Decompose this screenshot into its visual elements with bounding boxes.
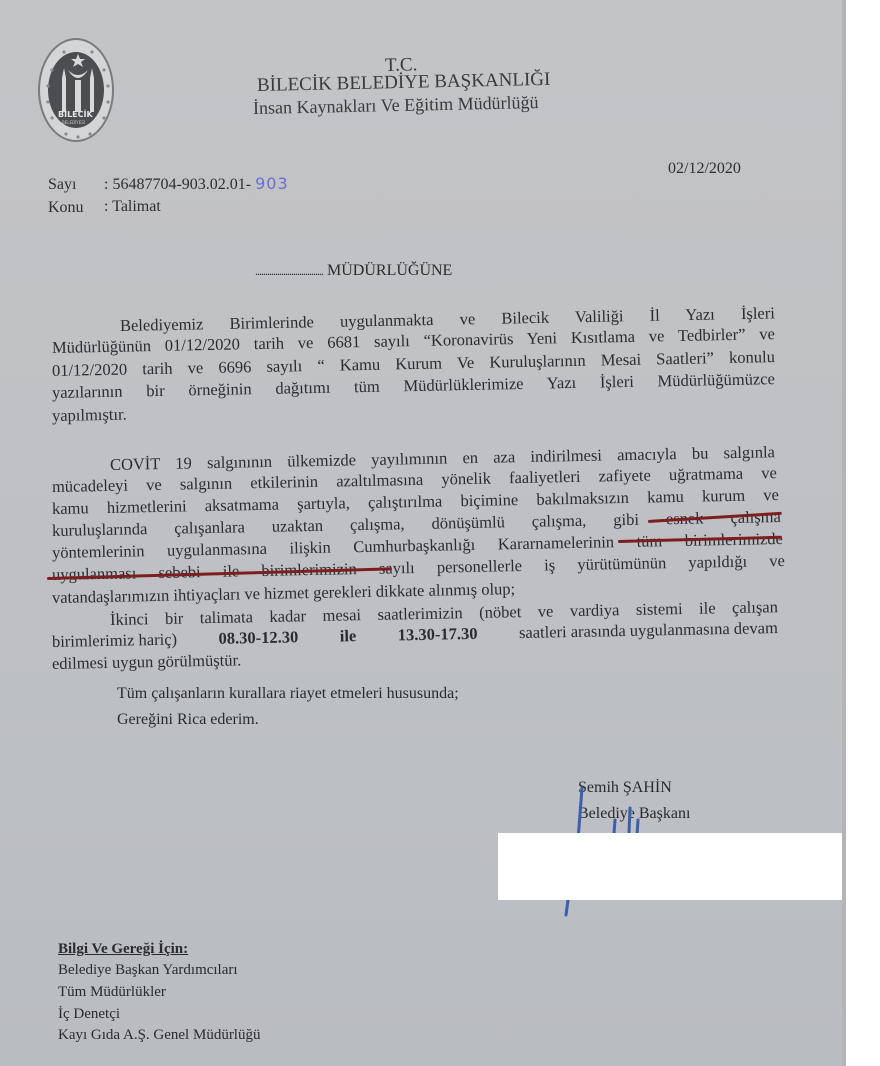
- municipality-logo: BİLECİK BELEDİYESİ: [38, 38, 114, 142]
- morning-hours: 08.30-12.30: [218, 627, 298, 649]
- redaction-box: [498, 833, 846, 900]
- paragraph-1-line: yapılmıştır.: [52, 405, 127, 426]
- addressee: .................................. MÜDÜR…: [255, 262, 452, 280]
- addressee-dots: ..................................: [255, 264, 323, 278]
- sayi-label: Sayı: [48, 176, 76, 194]
- document-date: 02/12/2020: [668, 160, 741, 178]
- konu-label: Konu: [48, 199, 84, 217]
- sayi-number: : 56487704-903.02.01-: [104, 176, 251, 193]
- sayi-value: : 56487704-903.02.01- 903: [104, 174, 289, 194]
- distribution-title: Bilgi Ve Gereği İçin:: [58, 941, 188, 958]
- logo-minarets-icon: [40, 40, 116, 144]
- distribution-item: İç Denetçi: [58, 1006, 120, 1023]
- addressee-text: MÜDÜRLÜĞÜNE: [327, 262, 452, 279]
- hours-prefix: birimlerimiz hariç): [52, 630, 177, 652]
- afternoon-hours: 13.30-17.30: [398, 624, 478, 646]
- distribution-item: Tüm Müdürlükler: [58, 984, 166, 1001]
- distribution-item: Kayı Gıda A.Ş. Genel Müdürlüğü: [58, 1027, 260, 1044]
- paragraph-3-line: edilmesi uygun görülmüştür.: [52, 650, 242, 674]
- hours-conjunction: ile: [340, 626, 357, 646]
- konu-value: : Talimat: [104, 198, 161, 216]
- scanned-document-page: BİLECİK BELEDİYESİ T.C. BİLECİK BELEDİYE…: [0, 0, 846, 1066]
- hours-suffix: saatleri arasında uygulanmasına devam: [519, 618, 778, 643]
- distribution-item: Belediye Başkan Yardımcıları: [58, 962, 238, 979]
- logo-text: BİLECİK: [58, 110, 93, 119]
- sayi-handwritten-number: 903: [255, 174, 289, 193]
- logo-subtext: BELEDİYESİ: [62, 120, 85, 125]
- closing-line-1: Tüm çalışanların kurallara riayet etmele…: [117, 685, 459, 703]
- closing-line-2: Gereğini Rica ederim.: [117, 711, 259, 729]
